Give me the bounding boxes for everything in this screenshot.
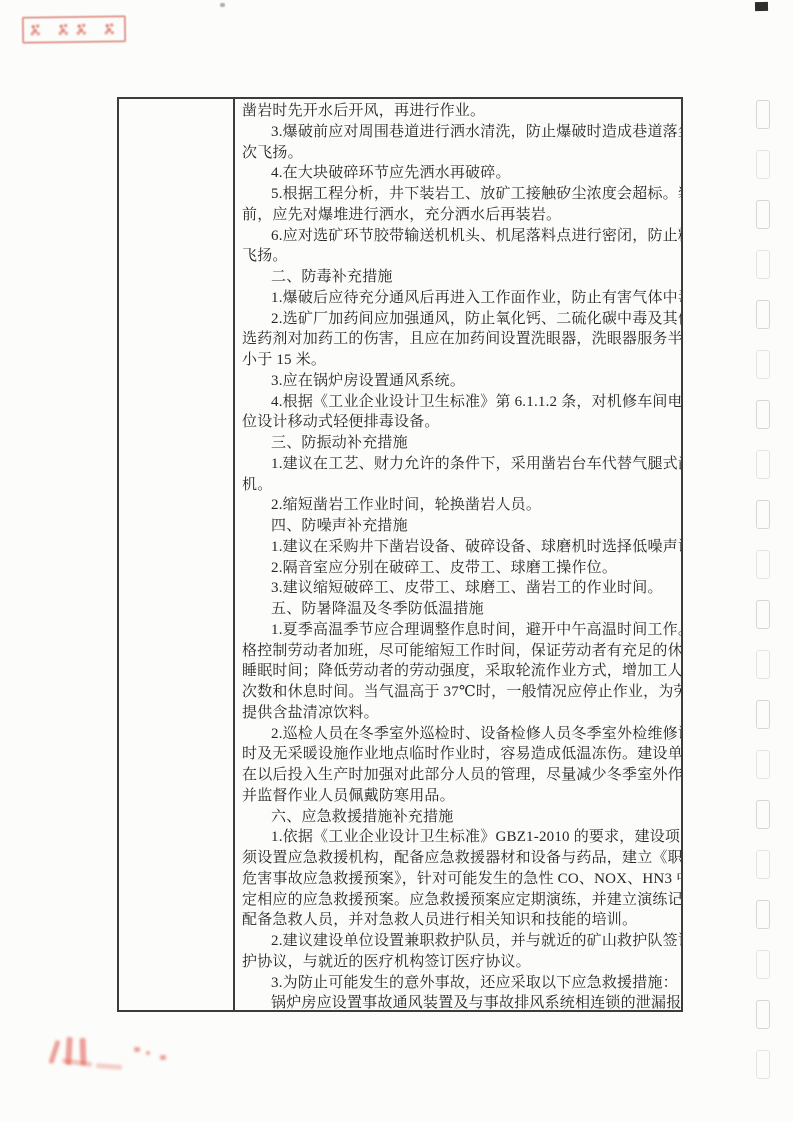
text-line: 五、防暑降温及冬季防低温措施 <box>242 599 679 620</box>
text-line: 前，应先对爆堆进行洒水，充分洒水后再装岩。 <box>242 205 679 226</box>
text-line: 2.缩短凿岩工作业时间，轮换凿岩人员。 <box>242 495 679 516</box>
text-line: 2.隔音室应分别在破碎工、皮带工、球磨工操作位。 <box>242 558 679 579</box>
text-line: 飞扬。 <box>242 246 679 267</box>
smudge-stroke <box>80 1038 87 1065</box>
binder-hole-icon <box>756 450 770 479</box>
text-line: 时及无采暖设施作业地点临时作业时，容易造成低温冻伤。建设单位应 <box>242 744 679 765</box>
binder-hole-icon <box>756 100 770 129</box>
table-content-cell: 凿岩时先开水后开风，再进行作业。3.爆破前应对周围巷道进行洒水清洗，防止爆破时造… <box>235 99 681 1010</box>
stamp-glyph-mark <box>104 21 115 35</box>
text-line: 二、防毒补充措施 <box>242 267 679 288</box>
text-line: 须设置应急救援机构，配备应急救援器材和设备与药品，建立《职业病 <box>242 848 679 869</box>
stamp-glyph-mark <box>76 22 87 36</box>
binder-hole-icon <box>756 250 770 279</box>
text-line: 3.为防止可能发生的意外事故，还应采取以下应急救援措施： <box>242 973 679 994</box>
text-line: 1.建议在工艺、财力允许的条件下，采用凿岩台车代替气腿式凿岩 <box>242 454 679 475</box>
text-line: 在以后投入生产时加强对此部分人员的管理，尽量减少冬季室外作业， <box>242 765 679 786</box>
text-line: 1.依据《工业企业设计卫生标准》GBZ1-2010 的要求，建设项目必 <box>242 827 679 848</box>
binder-hole-icon <box>756 700 770 729</box>
binder-hole-icon <box>756 350 770 379</box>
binder-hole-icon <box>756 1050 770 1079</box>
binder-hole-icon <box>756 950 770 979</box>
binder-hole-icon <box>756 650 770 679</box>
text-line: 锅炉房应设置事故通风装置及与事故排风系统相连锁的泄漏报警装 <box>242 993 679 1010</box>
binder-hole-icon <box>756 200 770 229</box>
binder-hole-icon <box>756 150 770 179</box>
text-line: 1.建议在采购井下凿岩设备、破碎设备、球磨机时选择低噪声设备。 <box>242 537 679 558</box>
text-line: 5.根据工程分析，井下装岩工、放矿工接触矽尘浓度会超标。装岩 <box>242 184 679 205</box>
text-line: 3.爆破前应对周围巷道进行洒水清洗，防止爆破时造成巷道落尘二 <box>242 122 679 143</box>
smudge-dot <box>146 1051 150 1055</box>
text-line: 机。 <box>242 475 679 496</box>
binder-hole-icon <box>756 300 770 329</box>
content-table: 凿岩时先开水后开风，再进行作业。3.爆破前应对周围巷道进行洒水清洗，防止爆破时造… <box>117 97 683 1012</box>
smudge-stroke <box>48 1040 60 1064</box>
binder-hole-icon <box>756 400 770 429</box>
text-line: 1.爆破后应待充分通风后再进入工作面作业，防止有害气体中毒。 <box>242 288 679 309</box>
text-line: 1.夏季高温季节应合理调整作息时间，避开中午高温时间工作。严 <box>242 620 679 641</box>
text-line: 选药剂对加药工的伤害，且应在加药间设置洗眼器，洗眼器服务半径应 <box>242 329 679 350</box>
smudge-stroke <box>65 1037 72 1065</box>
binder-hole-icon <box>756 600 770 629</box>
text-line: 凿岩时先开水后开风，再进行作业。 <box>242 101 679 122</box>
binder-hole-icon <box>756 1000 770 1029</box>
smudge-stroke <box>96 1063 122 1070</box>
text-line: 定相应的应急救援预案。应急救援预案应定期演练，并建立演练记录。 <box>242 890 679 911</box>
text-line: 2.选矿厂加药间应加强通风，防止氧化钙、二硫化碳中毒及其他浮 <box>242 309 679 330</box>
text-line: 4.根据《工业企业设计卫生标准》第 6.1.1.2 条，对机修车间电焊工 <box>242 392 679 413</box>
text-line: 6.应对选矿环节胶带输送机机头、机尾落料点进行密闭，防止粉尘 <box>242 226 679 247</box>
text-line: 配备急救人员，并对急救人员进行相关知识和技能的培训。 <box>242 910 679 931</box>
binder-hole-icon <box>756 750 770 779</box>
text-line: 四、防噪声补充措施 <box>242 516 679 537</box>
text-line: 护协议，与就近的医疗机构签订医疗协议。 <box>242 952 679 973</box>
stamp-glyph-mark <box>30 22 41 36</box>
binder-hole-icon <box>756 850 770 879</box>
text-line: 危害事故应急救援预案》，针对可能发生的急性 CO、NOX、HN3 中毒制 <box>242 869 679 890</box>
text-line: 次数和休息时间。当气温高于 37℃时，一般情况应停止作业，为劳动者 <box>242 682 679 703</box>
scan-speck <box>220 3 225 7</box>
binder-hole-icon <box>756 550 770 579</box>
smudge-dot <box>134 1047 140 1052</box>
text-line: 位设计移动式轻便排毒设备。 <box>242 412 679 433</box>
binder-hole-icon <box>756 800 770 829</box>
text-line: 提供含盐清凉饮料。 <box>242 703 679 724</box>
text-line: 小于 15 米。 <box>242 350 679 371</box>
smudge-stroke <box>62 1058 92 1067</box>
red-stamp <box>22 15 126 43</box>
scan-black-mark <box>755 2 768 11</box>
text-line: 六、应急救援措施补充措施 <box>242 807 679 828</box>
binder-hole-icon <box>756 900 770 929</box>
text-line: 3.应在锅炉房设置通风系统。 <box>242 371 679 392</box>
text-line: 三、防振动补充措施 <box>242 433 679 454</box>
text-line: 4.在大块破碎环节应先洒水再破碎。 <box>242 163 679 184</box>
text-line: 3.建议缩短破碎工、皮带工、球磨工、凿岩工的作业时间。 <box>242 578 679 599</box>
stamp-glyph-mark <box>58 22 69 36</box>
binder-hole-icon <box>756 500 770 529</box>
smudge-dot <box>160 1055 166 1060</box>
table-left-cell <box>119 99 233 1010</box>
text-line: 并监督作业人员佩戴防寒用品。 <box>242 786 679 807</box>
text-line: 2.建议建设单位设置兼职救护队员，并与就近的矿山救护队签订救 <box>242 931 679 952</box>
text-line: 2.巡检人员在冬季室外巡检时、设备检修人员冬季室外检维修设备 <box>242 724 679 745</box>
text-line: 格控制劳动者加班，尽可能缩短工作时间，保证劳动者有充足的休息和 <box>242 641 679 662</box>
text-line: 睡眠时间；降低劳动者的劳动强度，采取轮流作业方式，增加工人休息 <box>242 661 679 682</box>
text-line: 次飞扬。 <box>242 143 679 164</box>
